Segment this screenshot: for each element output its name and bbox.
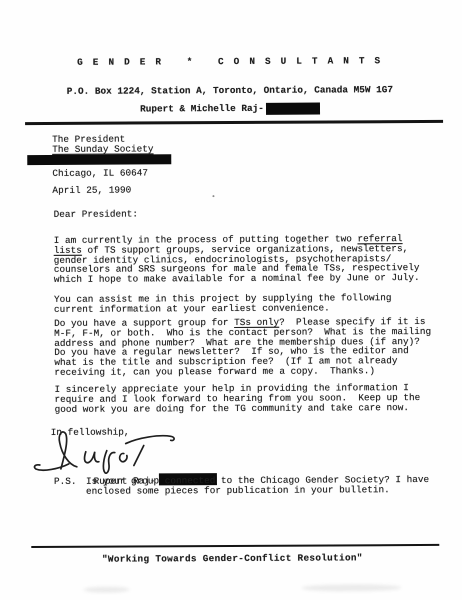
scan-smudge-right [301,584,401,592]
recipient-org: The Sunday Society [52,144,153,154]
footer-divider-rule [31,544,439,548]
redaction-bar-street-address [27,154,171,165]
letterhead-divider-rule [25,120,443,125]
redaction-bar-phone [266,103,320,115]
p4-line3: good work you are doing for the TG commu… [55,403,421,415]
ps-label: P.S. [54,477,77,487]
salutation: Dear President: [54,209,138,219]
ps-line2: enclosed some pieces for publication in … [86,485,429,497]
scanned-letter: G E N D E R * C O N S U L T A N T S P.O.… [0,0,462,600]
recipient-city: Chicago, IL 60647 [52,168,148,178]
date-line: April 25, 1990 [52,186,131,196]
letterhead-address: P.O. Box 1224, Station A, Toronto, Ontar… [0,85,461,97]
scan-smudge-left [83,587,129,593]
letterhead-contact-row: Rupert & Michelle Raj- [0,102,461,116]
paragraph-3: Do you have a support group for TSs only… [54,317,431,378]
p2-line2: current information at your earliest con… [54,303,392,315]
paragraph-2: You can assist me in this project by sup… [54,293,392,314]
letter-content: G E N D E R * C O N S U L T A N T S P.O.… [0,0,462,600]
footer-slogan: "Working Towards Gender-Conflict Resolut… [1,553,462,565]
paragraph-1: I am currently in the process of putting… [54,234,420,285]
letterhead-org-name: G E N D E R * C O N S U L T A N T S [0,56,461,68]
paragraph-4: I sincerely appreciate your help in prov… [54,383,420,414]
postscript: P.S. Is your group connected to the Chic… [54,475,429,497]
p1-line5: which I hope to make available for a nom… [54,273,420,285]
letterhead-contact-names: Rupert & Michelle Raj- [140,104,264,114]
handwritten-signature [31,426,181,477]
p3-line6: receiving it, can you please forward me … [54,366,431,378]
scan-speck [212,195,214,197]
